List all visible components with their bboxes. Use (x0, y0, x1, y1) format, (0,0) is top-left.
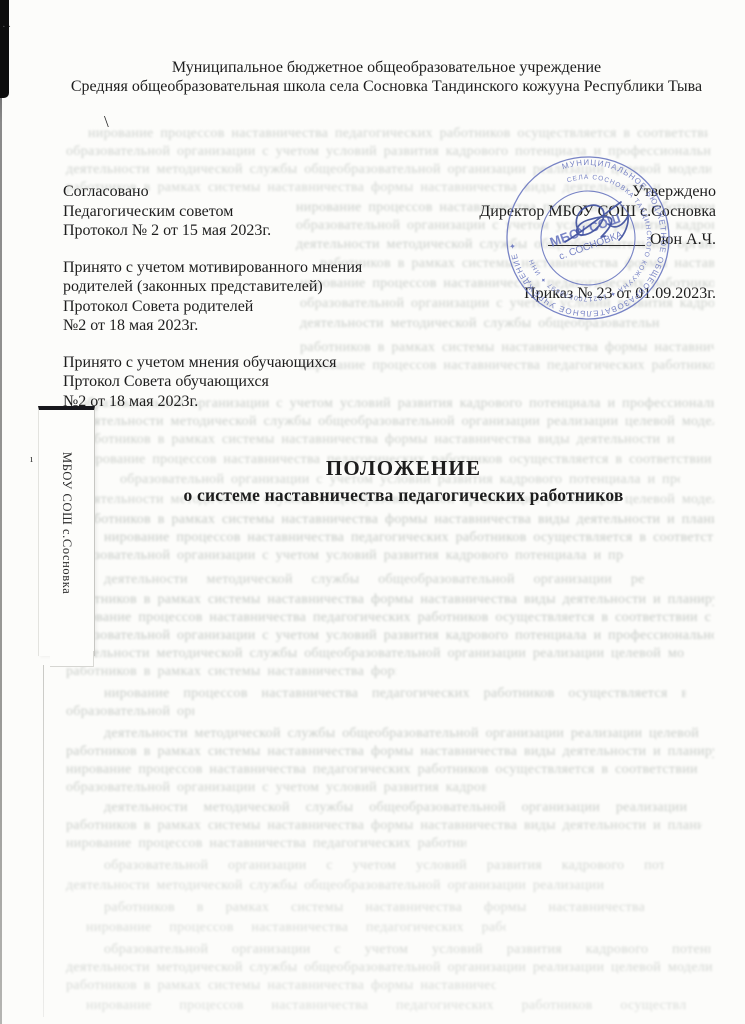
approval-left-column: Согласовано Педагогическим советом Прото… (63, 182, 413, 411)
bleedthrough-line: деятельности методической службы общеобр… (80, 414, 714, 429)
title-line-2: о системе наставничества педагогических … (70, 485, 737, 506)
scanned-document-page: нирование процессов наставничества педаг… (0, 0, 745, 1024)
scan-edge-shadow (0, 0, 9, 98)
bleedthrough-line: нирование процессов наставничества педаг… (86, 920, 506, 935)
bleedthrough-line: деятельности методической службы общеобр… (66, 960, 714, 975)
stray-tick-mark: ı (30, 453, 33, 465)
signer-name: Оюн А.Ч. (650, 230, 716, 250)
bleedthrough-line: деятельности методической службы общеобр… (66, 878, 606, 893)
side-tab-label: МБОУ СОШ с.Сосновка (59, 452, 74, 594)
stray-backslash-mark: \ (104, 112, 109, 132)
title-line-1: ПОЛОЖЕНИЕ (70, 456, 737, 481)
scan-corner-dots: ·· (2, 21, 13, 33)
parents-line-2: родителей (законных представителей) (63, 277, 413, 297)
bleedthrough-line: образовательной организации с учетом усл… (104, 858, 664, 873)
bleedthrough-line: нирование процессов наставничества педаг… (104, 686, 686, 701)
bleedthrough-line: деятельности методической службы общеобр… (66, 162, 711, 177)
header-line-2: Средняя общеобразовательная школа села С… (40, 77, 733, 96)
director-line: Директор МБОУ СОШ с.Сосновка (418, 202, 716, 222)
bleedthrough-line: нирование процессов наставничества педаг… (66, 610, 714, 625)
agreed-body: Педагогическим советом (63, 202, 413, 222)
students-line-1: Принято с учетом мнения обучающихся (63, 353, 413, 373)
scan-edge-line (0, 0, 2, 1024)
signature-row: Оюн А.Ч. (418, 223, 716, 250)
approval-right-column: Утверждено Директор МБОУ СОШ с.Сосновка … (418, 182, 716, 304)
bleedthrough-line: работников в рамках системы наставничест… (66, 592, 714, 607)
header-line-1: Муниципальное бюджетное общеобразователь… (40, 58, 733, 77)
parents-line-3: Протокол Совета родителей (63, 297, 413, 317)
order-line: Приказ № 23 от 01.09.2023г. (418, 284, 716, 304)
parents-line-1: Принято с учетом мотивированного мнения (63, 258, 413, 278)
bleedthrough-line: образовательной организации с учетом усл… (66, 548, 624, 563)
bleedthrough-line: деятельности методической службы общеобр… (104, 726, 704, 741)
approved-label: Утверждено (418, 182, 716, 202)
bleedthrough-line: нирование процессов наставничества педаг… (86, 998, 686, 1013)
bleedthrough-line: работников в рамках системы наставничест… (104, 900, 644, 915)
students-line-3: №2 от 18 мая 2023г. (63, 392, 413, 412)
bleedthrough-line: нирование процессов наставничества педаг… (66, 762, 702, 777)
bleedthrough-line: работников в рамках системы наставничест… (66, 978, 496, 993)
bleedthrough-line: деятельности методической службы общеобр… (104, 572, 644, 587)
spacer (63, 336, 413, 353)
parents-line-4: №2 от 18 мая 2023г. (63, 316, 413, 336)
bleedthrough-line: образовательной организации с учетом усл… (66, 704, 194, 719)
bleedthrough-line: нирование процессов наставничества педаг… (104, 530, 714, 545)
bleedthrough-line: образовательной организации с учетом усл… (66, 144, 711, 159)
students-line-2: Пртокол Совета обучающихся (63, 372, 413, 392)
document-header: Муниципальное бюджетное общеобразователь… (40, 58, 733, 96)
bleedthrough-line: деятельности методической службы общеобр… (66, 646, 684, 661)
bleedthrough-line: работников в рамках системы наставничест… (80, 432, 676, 447)
bleedthrough-line: образовательной организации с учетом усл… (66, 628, 714, 643)
bleedthrough-line: работников в рамках системы наставничест… (66, 744, 714, 759)
side-tab-strip: МБОУ СОШ с.Сосновка (38, 406, 95, 656)
bleedthrough-line: образовательной организации с учетом усл… (66, 780, 486, 795)
spacer (63, 241, 413, 258)
bleedthrough-line: работников в рамках системы наставничест… (66, 818, 702, 833)
side-tab-stub (50, 651, 94, 667)
bleedthrough-line: нирование процессов наставничества педаг… (88, 126, 708, 141)
bleedthrough-line: работников в рамках системы наставничест… (66, 664, 396, 679)
bleedthrough-line: образовательной организации с учетом усл… (104, 942, 710, 957)
document-title: ПОЛОЖЕНИЕ о системе наставничества педаг… (70, 456, 737, 506)
side-tab-trail-line (43, 665, 44, 1017)
bleedthrough-layer: нирование процессов наставничества педаг… (0, 0, 745, 1024)
bleedthrough-line: деятельности методической службы общеобр… (104, 800, 694, 815)
agreed-label: Согласовано (63, 182, 413, 202)
agreed-protocol: Протокол № 2 от 15 мая 2023г. (63, 221, 413, 241)
bleedthrough-line: нирование процессов наставничества педаг… (66, 836, 466, 851)
signature-underline (548, 245, 645, 246)
bleedthrough-line: работников в рамках системы наставничест… (80, 512, 714, 527)
